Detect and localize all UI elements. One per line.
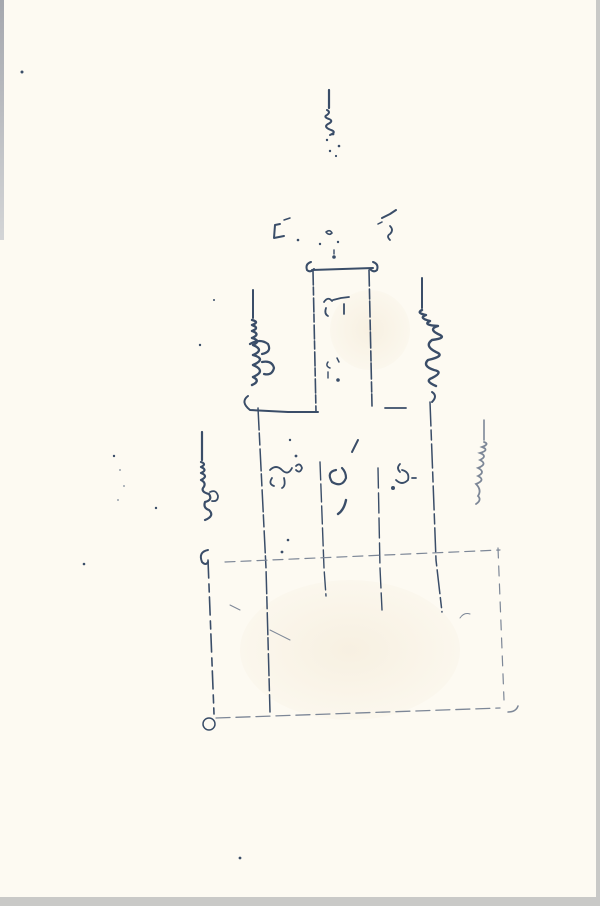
- base-frame: [216, 605, 500, 718]
- shrine-diagram: [0, 0, 600, 906]
- cell-glyphs: [270, 439, 416, 554]
- main-frame: [225, 402, 500, 712]
- spire-left-outer: [201, 432, 218, 730]
- manuscript-page: [0, 0, 596, 897]
- top-finial: [325, 90, 340, 157]
- capital: [307, 262, 378, 271]
- tower-glyphs: [324, 297, 349, 382]
- spire-right-outer: [476, 420, 518, 712]
- ink-specks: [21, 71, 242, 860]
- spire-right-inner: [385, 278, 442, 408]
- spire-left-inner: [244, 290, 318, 412]
- crown-glyphs: [274, 210, 396, 259]
- central-tower: [313, 270, 372, 412]
